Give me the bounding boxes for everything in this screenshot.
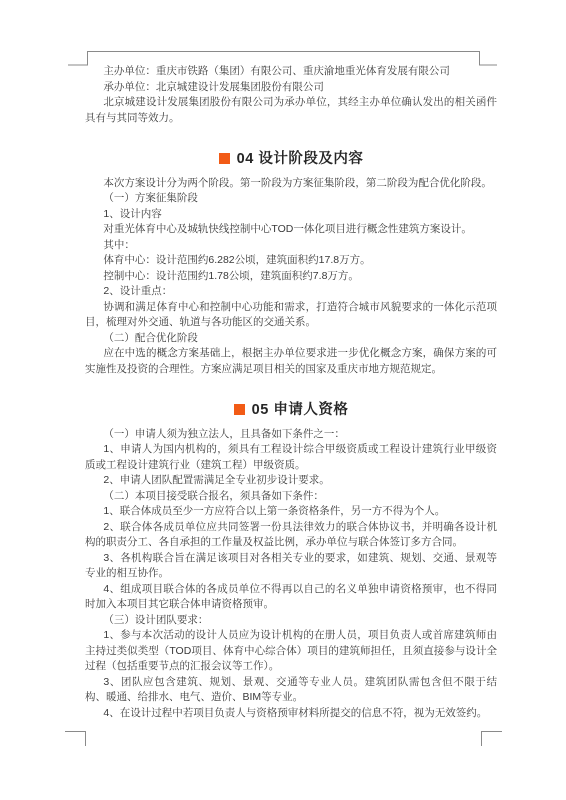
intro-paragraph: 北京城建设计发展集团股份有限公司为承办单位，其经主办单位确认发出的相关函件具有与… [85, 95, 497, 126]
intro-paragraph: 主办单位：重庆市铁路（集团）有限公司、重庆渝地重光体育发展有限公司 [85, 64, 497, 80]
section-paragraph: 1、申请人为国内机构的，须具有工程设计综合甲级资质或工程设计建筑行业甲级资质或工… [85, 442, 497, 473]
section-header: 05 申请人资格 [85, 403, 497, 420]
section-paragraph: （一）方案征集阶段 [85, 191, 497, 207]
section-paragraph: 1、设计内容 [85, 207, 497, 223]
section-paragraph: 控制中心：设计范围约1.78公顷，建筑面积约7.8万方。 [85, 269, 497, 285]
section-paragraph: 其中： [85, 238, 497, 254]
section-paragraph: 1、联合体成员至少一方应符合以上第一条资格条件，另一方不得为个人。 [85, 504, 497, 520]
intro-paragraph: 承办单位：北京城建设计发展集团股份有限公司 [85, 80, 497, 96]
section-bullet-icon [234, 404, 245, 415]
section-paragraph: （二）本项目接受联合报名，须具备如下条件： [85, 489, 497, 505]
section-paragraph: 应在中选的概念方案基础上，根据主办单位要求进一步优化概念方案，确保方案的可实施性… [85, 346, 497, 377]
section-paragraph: 本次方案设计分为两个阶段。第一阶段为方案征集阶段，第二阶段为配合优化阶段。 [85, 176, 497, 192]
section-paragraph: 1、参与本次活动的设计人员应为设计机构的在册人员，项目负责人或首席建筑师由主持过… [85, 628, 497, 675]
section-paragraph: 2、设计重点： [85, 284, 497, 300]
section-bullet-icon [219, 153, 230, 164]
section-paragraph: （一）申请人须为独立法人，且具备如下条件之一： [85, 427, 497, 443]
section-paragraph: 协调和满足体育中心和控制中心功能和需求，打造符合城市风貌要求的一体化示范项目，梳… [85, 300, 497, 331]
section-paragraph: 4、在设计过程中若项目负责人与资格预审材料所提交的信息不符，视为无效签约。 [85, 706, 497, 722]
document-body: 主办单位：重庆市铁路（集团）有限公司、重庆渝地重光体育发展有限公司承办单位：北京… [85, 64, 497, 721]
bottom-left-corner-mark [65, 732, 86, 747]
section-title: 05 申请人资格 [252, 402, 349, 418]
section-header: 04 设计阶段及内容 [85, 152, 497, 169]
section-paragraph: 体育中心：设计范围约6.282公顷，建筑面积约17.8万方。 [85, 253, 497, 269]
document-page: 主办单位：重庆市铁路（集团）有限公司、重庆渝地重光体育发展有限公司承办单位：北京… [0, 0, 566, 800]
section-paragraph: （二）配合优化阶段 [85, 331, 497, 347]
section-paragraph: 2、申请人团队配置需满足全专业初步设计要求。 [85, 473, 497, 489]
bottom-right-corner-mark [482, 732, 503, 747]
top-frame-mark [68, 52, 497, 66]
section-paragraph: 对重光体育中心及城轨快线控制中心TOD一体化项目进行概念性建筑方案设计。 [85, 222, 497, 238]
section-paragraph: （三）设计团队要求： [85, 613, 497, 629]
section-paragraph: 4、组成项目联合体的各成员单位不得再以自己的名义单独申请资格预审，也不得同时加入… [85, 582, 497, 613]
section-paragraph: 3、各机构联合旨在满足该项目对各相关专业的要求，如建筑、规划、交通、景观等专业的… [85, 551, 497, 582]
section-paragraph: 3、团队应包含建筑、规划、景观、交通等专业人员。建筑团队需包含但不限于结构、暖通… [85, 675, 497, 706]
section-paragraph: 2、联合体各成员单位应共同签署一份具法律效力的联合体协议书，并明确各设计机构的职… [85, 520, 497, 551]
section-title: 04 设计阶段及内容 [237, 151, 364, 167]
